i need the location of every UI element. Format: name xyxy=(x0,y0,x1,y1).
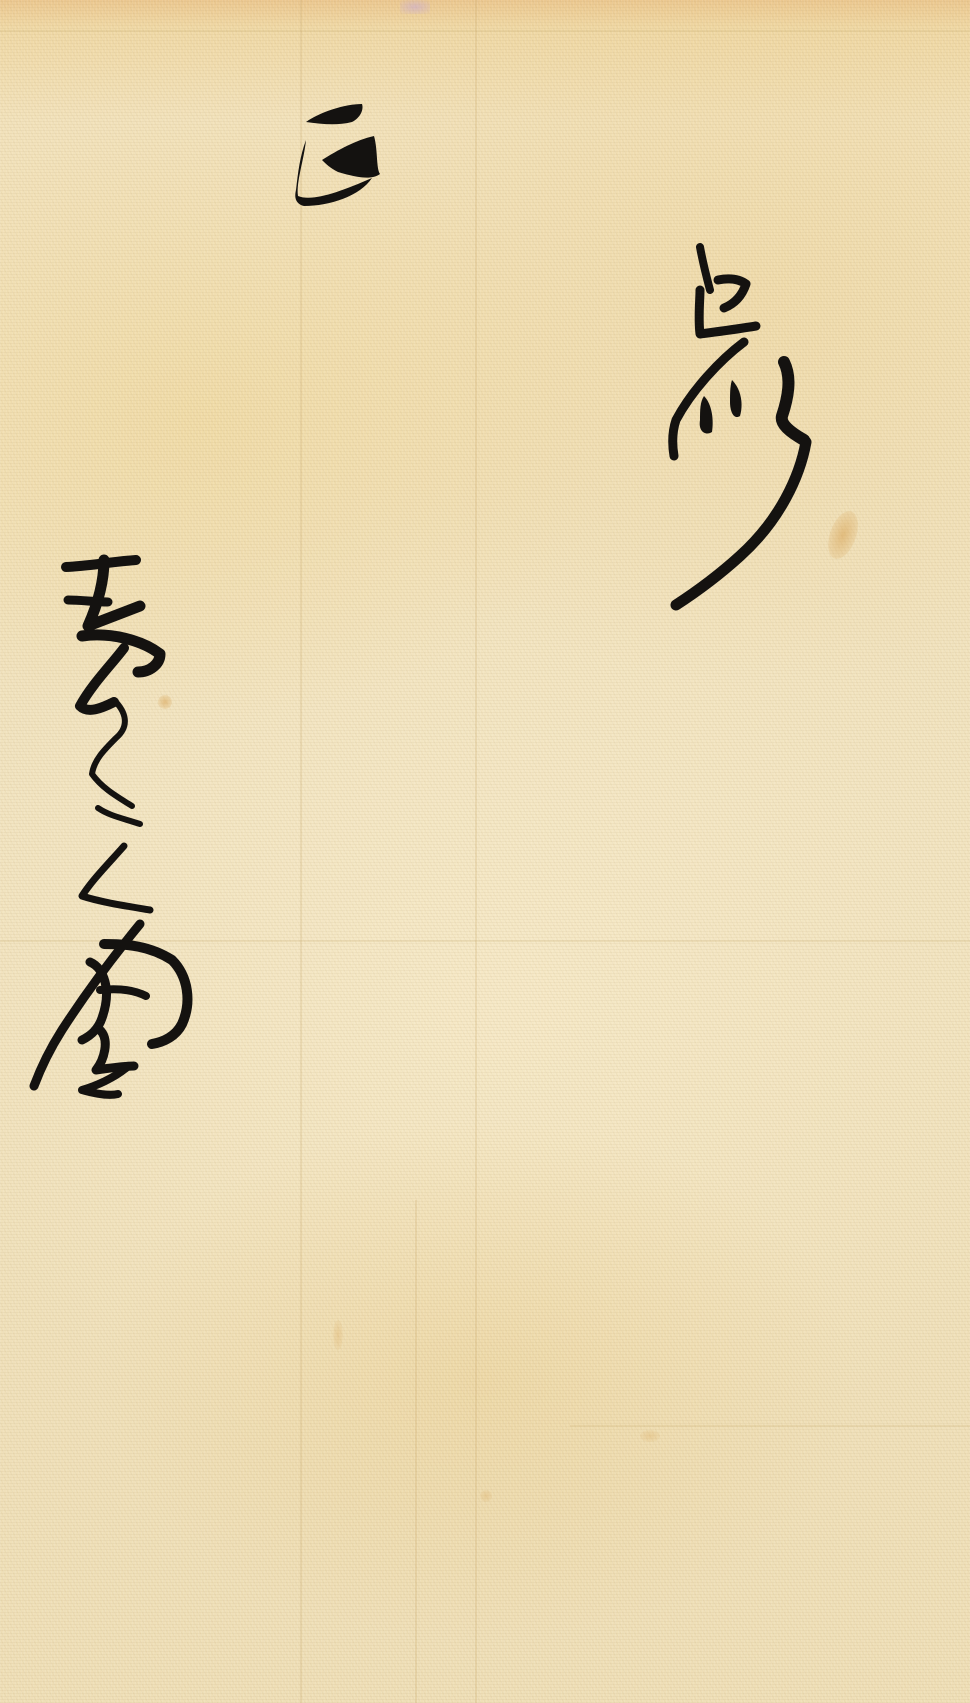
character-left-3 xyxy=(34,924,187,1095)
silk-scroll xyxy=(0,0,970,1703)
character-right xyxy=(673,247,806,605)
calligraphy-ink xyxy=(0,0,970,1703)
character-top xyxy=(295,104,380,206)
character-left-2 xyxy=(82,700,150,910)
character-left-1 xyxy=(66,560,160,710)
